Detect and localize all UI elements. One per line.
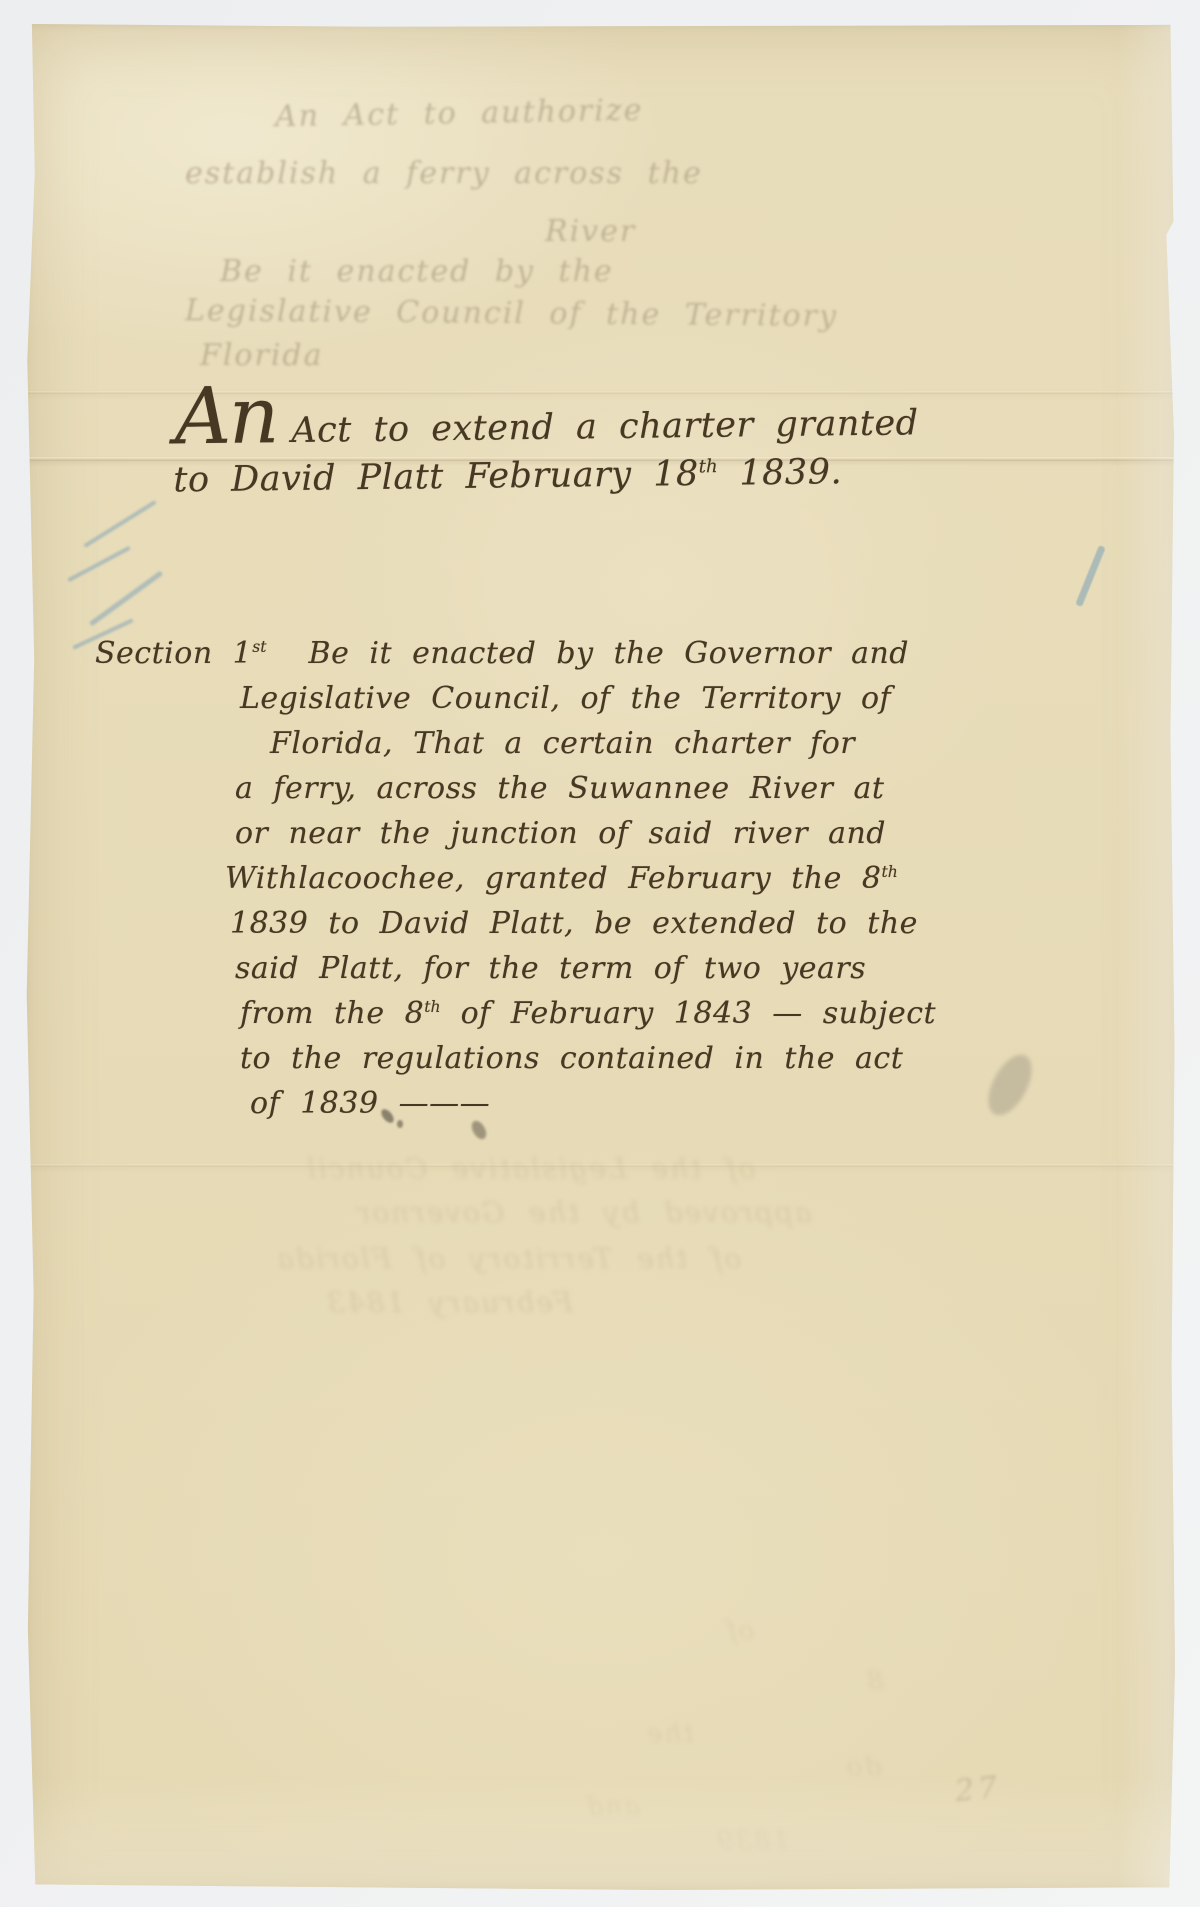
bleedthrough-fragment: 1839 bbox=[715, 1826, 789, 1856]
bleedthrough-text-mirrored: February 1843 bbox=[325, 1286, 573, 1319]
body-line: Withlacoochee, granted February the 8th bbox=[225, 861, 1025, 906]
body-line: of 1839 ——— bbox=[250, 1086, 1025, 1131]
bleedthrough-text: Be it enacted by the bbox=[220, 254, 614, 289]
body-line: 1839 to David Platt, be extended to the bbox=[230, 906, 1025, 951]
title-line1-text: Act to extend a charter granted bbox=[291, 403, 919, 451]
title-line2-tail: 1839. bbox=[718, 452, 843, 494]
title-line2-text: to David Platt February 18 bbox=[173, 454, 699, 500]
bleedthrough-text-mirrored: of the Legislative Council bbox=[305, 1152, 755, 1185]
blue-pencil-mark bbox=[1075, 545, 1105, 607]
ghost-page-number: 27 bbox=[953, 1770, 1003, 1810]
bleedthrough-fragment: 8 bbox=[865, 1666, 884, 1696]
bleedthrough-text: Florida bbox=[200, 338, 324, 373]
bleedthrough-text: An Act to authorize bbox=[275, 93, 644, 134]
section-heading: Section 1st bbox=[95, 636, 267, 671]
body-line: Florida, That a certain charter for bbox=[270, 726, 1025, 771]
bleedthrough-fragment: and bbox=[585, 1792, 640, 1822]
act-title-line1: AnAct to extend a charter granted bbox=[174, 387, 1055, 453]
act-body: Section 1stBe it enacted by the Governor… bbox=[95, 636, 1025, 1131]
body-line: Section 1stBe it enacted by the Governor… bbox=[95, 636, 1025, 681]
blue-pencil-stroke bbox=[83, 500, 156, 548]
body-line: said Platt, for the term of two years bbox=[235, 951, 1025, 996]
ordinal-superscript: th bbox=[699, 456, 718, 477]
blue-pencil-stroke bbox=[67, 546, 131, 582]
blue-pencil-stroke bbox=[89, 571, 163, 627]
body-line: a ferry, across the Suwannee River at bbox=[235, 771, 1025, 816]
ink-smudge bbox=[397, 1120, 403, 1128]
bleedthrough-fragment: the bbox=[645, 1719, 694, 1749]
bleedthrough-fragment: of bbox=[725, 1616, 754, 1646]
ordinal-superscript: st bbox=[252, 638, 266, 656]
bleedthrough-text: Legislative Council of the Territory bbox=[185, 293, 838, 334]
body-line: from the 8th of February 1843 — subject bbox=[240, 996, 1025, 1041]
body-line: Legislative Council, of the Territory of bbox=[240, 681, 1025, 726]
bleedthrough-fragment: do bbox=[845, 1752, 881, 1782]
act-title: AnAct to extend a charter granted to Dav… bbox=[174, 387, 1055, 501]
manuscript-page: An Act to authorize establish a ferry ac… bbox=[25, 24, 1175, 1890]
body-line: to the regulations contained in the act bbox=[240, 1041, 1025, 1086]
bleedthrough-text-mirrored: approved by the Governor bbox=[355, 1196, 812, 1229]
ordinal-superscript: th bbox=[881, 863, 897, 881]
bleedthrough-text: establish a ferry across the bbox=[185, 156, 703, 191]
ordinal-superscript: th bbox=[424, 998, 440, 1016]
bleedthrough-text: River bbox=[545, 214, 636, 249]
bleedthrough-text-mirrored: of the Territory of Florida bbox=[275, 1242, 741, 1275]
body-line: or near the junction of said river and bbox=[235, 816, 1025, 861]
act-title-line2: to David Platt February 18th 1839. bbox=[173, 450, 1055, 501]
title-initial-flourish: An bbox=[174, 371, 278, 462]
